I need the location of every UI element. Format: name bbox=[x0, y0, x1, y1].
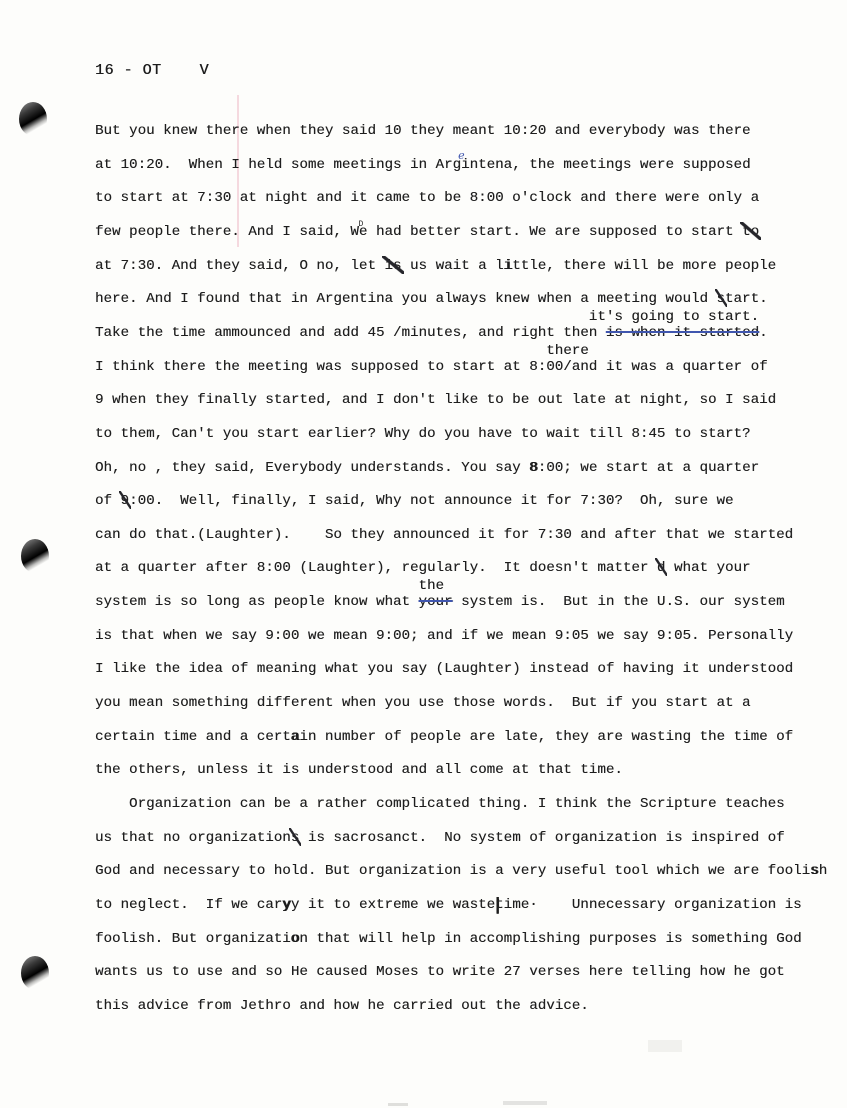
typed-text: at 7:30. And they said, O no, let bbox=[95, 258, 384, 274]
typed-text: I like the idea of meaning what you say … bbox=[95, 661, 793, 677]
typed-text: the bbox=[95, 578, 444, 594]
document-page: 16 - OT V But you knew there when they s… bbox=[0, 0, 847, 1108]
typed-line: at 10:20. When I held some meetings in A… bbox=[95, 157, 751, 173]
typed-text: in number of people are late, they are w… bbox=[299, 729, 793, 745]
typed-line: certain time and a certain number of peo… bbox=[95, 729, 793, 745]
typed-line: at a quarter after 8:00 (Laughter), regu… bbox=[95, 560, 751, 576]
typed-text: y it to extreme we waste bbox=[291, 897, 495, 913]
typed-text: Organization can be a rather complicated… bbox=[95, 796, 785, 812]
typed-strikeout: to bbox=[742, 224, 759, 240]
scan-smudge bbox=[503, 1101, 547, 1105]
typed-line: Organization can be a rather complicated… bbox=[95, 796, 785, 812]
typed-strikeout: d bbox=[657, 560, 666, 576]
typed-text: wants us to use and so He caused Moses t… bbox=[95, 964, 785, 980]
overtyped-char: y bbox=[282, 897, 291, 913]
typed-text: :00; we start at a quarter bbox=[538, 460, 759, 476]
typed-text: at a quarter after 8:00 (Laughter), regu… bbox=[95, 560, 657, 576]
typed-text: us that no organization bbox=[95, 830, 291, 846]
typed-line: this advice from Jethro and how he carri… bbox=[95, 998, 589, 1014]
overtyped-char: 8 bbox=[529, 460, 538, 476]
typed-text: had better start. We are supposed to sta… bbox=[367, 224, 742, 240]
typed-text: 9 when they finally started, and I don't… bbox=[95, 392, 776, 408]
hole-punch-top bbox=[19, 102, 47, 136]
typed-text: this advice from Jethro and how he carri… bbox=[95, 998, 589, 1014]
typed-text: God and necessary to hold. But organizat… bbox=[95, 863, 810, 879]
typed-text: what your bbox=[665, 560, 750, 576]
typed-text: But you knew there when they said 10 the… bbox=[95, 123, 751, 139]
scan-smudge bbox=[648, 1040, 682, 1052]
typed-text: intena, the meetings were supposed bbox=[461, 157, 750, 173]
typed-line: here. And I found that in Argentina you … bbox=[95, 291, 768, 307]
typed-text: certain time and a cert bbox=[95, 729, 291, 745]
typed-text: . bbox=[759, 325, 768, 341]
typed-text: n that will help in accomplishing purpos… bbox=[299, 931, 801, 947]
scan-smudge bbox=[388, 1103, 408, 1106]
typed-line: wants us to use and so He caused Moses t… bbox=[95, 964, 785, 980]
typed-line: few people there. And I said, WeD had be… bbox=[95, 224, 759, 242]
typed-text: is that when we say 9:00 we mean 9:00; a… bbox=[95, 628, 793, 644]
typed-line: Take the time ammounced and add 45 /minu… bbox=[95, 325, 768, 341]
typed-text: foolish. But organizati bbox=[95, 931, 291, 947]
typed-text: system is. But in the U.S. our system bbox=[453, 594, 785, 610]
typed-strikeout: 9 bbox=[121, 493, 130, 509]
overtyped-char: i bbox=[504, 258, 513, 274]
inserted-correction-line: there bbox=[95, 343, 589, 359]
typed-line: us that no organizations is sacrosanct. … bbox=[95, 830, 785, 846]
typed-text: there bbox=[95, 343, 589, 359]
typed-text: system is so long as people know what bbox=[95, 594, 419, 610]
typed-line: God and necessary to hold. But organizat… bbox=[95, 863, 827, 879]
typed-text: at 10:20. When I held some meetings in A… bbox=[95, 157, 461, 173]
typed-line: Oh, no , they said, Everybody understand… bbox=[95, 460, 759, 476]
overtyped-char: s bbox=[810, 863, 819, 879]
typed-text: to neglect. If we car bbox=[95, 897, 282, 913]
typed-text: Oh, no , they said, Everybody understand… bbox=[95, 460, 529, 476]
typed-line: to them, Can't you start earlier? Why do… bbox=[95, 426, 751, 442]
typed-text: few people there. And I said, We bbox=[95, 224, 367, 240]
typed-text: time· Unnecessary organization is bbox=[495, 897, 802, 913]
typed-strikeout: s bbox=[291, 830, 300, 846]
typed-text: I think there the meeting was supposed t… bbox=[95, 359, 768, 375]
typed-text: :00. Well, finally, I said, Why not anno… bbox=[129, 493, 734, 509]
typed-text: can do that.(Laughter). So they announce… bbox=[95, 527, 793, 543]
typed-line: the others, unless it is understood and … bbox=[95, 762, 623, 778]
typed-text: it's going to start. bbox=[95, 309, 759, 325]
typed-text: is sacrosanct. No system of organization… bbox=[299, 830, 784, 846]
typed-text: the others, unless it is understood and … bbox=[95, 762, 623, 778]
typed-line: I think there the meeting was supposed t… bbox=[95, 359, 768, 375]
typed-text: of bbox=[95, 493, 121, 509]
typed-line: But you knew there when they said 10 the… bbox=[95, 123, 751, 139]
typed-text: us wait a l bbox=[402, 258, 504, 274]
hole-punch-bottom bbox=[21, 956, 49, 990]
typed-line: to neglect. If we caryy it to extreme we… bbox=[95, 897, 802, 913]
typed-line: system is so long as people know what yo… bbox=[95, 594, 785, 610]
typed-text: ttle, there will be more people bbox=[512, 258, 776, 274]
pen-strikethrough: is when it started bbox=[606, 325, 759, 341]
typed-line: of 9:00. Well, finally, I said, Why not … bbox=[95, 493, 734, 509]
typed-line: I like the idea of meaning what you say … bbox=[95, 661, 793, 677]
hole-punch-middle bbox=[21, 539, 49, 573]
typed-line: can do that.(Laughter). So they announce… bbox=[95, 527, 793, 543]
typed-text: you mean something different when you us… bbox=[95, 695, 751, 711]
typed-line: is that when we say 9:00 we mean 9:00; a… bbox=[95, 628, 793, 644]
typed-text: Take the time ammounced and add 45 /minu… bbox=[95, 325, 606, 341]
typed-text: to start at 7:30 at night and it came to… bbox=[95, 190, 759, 206]
typed-text: tart. bbox=[725, 291, 768, 307]
inserted-correction-line: it's going to start. bbox=[95, 309, 759, 325]
typed-line: foolish. But organization that will help… bbox=[95, 931, 802, 947]
typed-text: here. And I found that in Argentina you … bbox=[95, 291, 717, 307]
typed-text: to them, Can't you start earlier? Why do… bbox=[95, 426, 751, 442]
typed-line: at 7:30. And they said, O no, let is us … bbox=[95, 258, 776, 274]
typed-line: you mean something different when you us… bbox=[95, 695, 751, 711]
typed-line: to start at 7:30 at night and it came to… bbox=[95, 190, 759, 206]
typed-line: 9 when they finally started, and I don't… bbox=[95, 392, 776, 408]
pen-strikethrough: your bbox=[419, 594, 453, 610]
typed-strikeout: is bbox=[384, 258, 401, 274]
typed-text: h bbox=[819, 863, 828, 879]
page-header: 16 - OT V bbox=[95, 62, 209, 79]
inserted-correction-line: the bbox=[95, 578, 444, 594]
typed-strikeout: s bbox=[717, 291, 726, 307]
